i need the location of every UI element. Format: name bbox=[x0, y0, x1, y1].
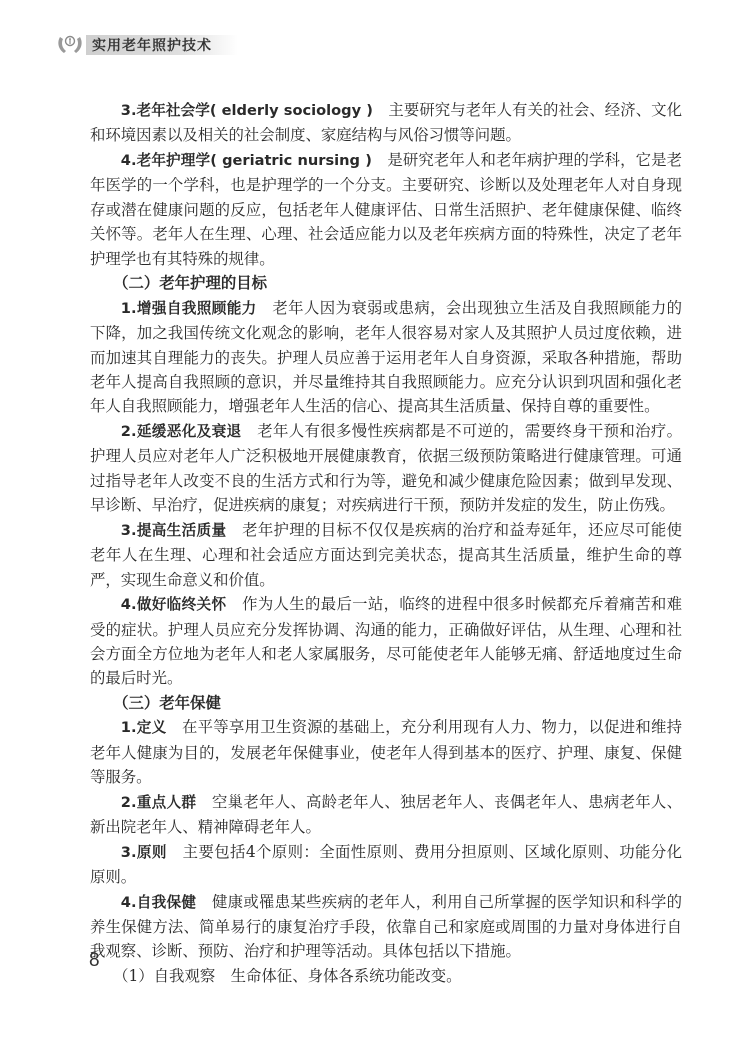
running-header: 实用老年照护技术 bbox=[56, 33, 238, 57]
page-number: 8 bbox=[89, 950, 100, 972]
item-lead: 1.定义 bbox=[121, 719, 167, 736]
item-lead: 3.老年社会学( elderly sociology ) bbox=[121, 102, 373, 119]
paragraph-self-observation: （1）自我观察生命体征、身体各系统功能改变。 bbox=[90, 964, 682, 988]
paragraph-goal-3: 3.提高生活质量老年护理的目标不仅仅是疾病的治疗和益寿延年，还应尽可能使老年人在… bbox=[90, 518, 682, 592]
paragraph-geriatric-nursing: 4.老年护理学( geriatric nursing )是研究老年人和老年病护理… bbox=[90, 148, 682, 271]
item-lead: 2.重点人群 bbox=[121, 794, 197, 811]
item-lead: 4.老年护理学( geriatric nursing ) bbox=[121, 152, 372, 169]
page-body: 3.老年社会学( elderly sociology )主要研究与老年人有关的社… bbox=[90, 98, 682, 988]
item-lead: 3.提高生活质量 bbox=[121, 522, 227, 539]
item-lead: 3.原则 bbox=[121, 844, 167, 861]
paragraph-elderly-sociology: 3.老年社会学( elderly sociology )主要研究与老年人有关的社… bbox=[90, 98, 682, 148]
header-band: 实用老年照护技术 bbox=[86, 35, 238, 55]
caring-hands-icon bbox=[56, 33, 84, 57]
item-text: 在平等享用卫生资源的基础上，充分利用现有人力、物力，以促进和维持老年人健康为目的… bbox=[90, 718, 682, 786]
subitem-text: 生命体征、身体各系统功能改变。 bbox=[231, 967, 462, 985]
paragraph-goal-2: 2.延缓恶化及衰退老年人有很多慢性疾病都是不可逆的，需要终身干预和治疗。护理人员… bbox=[90, 419, 682, 518]
item-lead: 4.做好临终关怀 bbox=[121, 596, 227, 613]
paragraph-key-groups: 2.重点人群空巢老年人、高龄老年人、独居老年人、丧偶老年人、患病老年人、新出院老… bbox=[90, 790, 682, 840]
item-lead: 4.自我保健 bbox=[121, 894, 197, 911]
section-heading-health-care: （三）老年保健 bbox=[90, 691, 682, 715]
paragraph-goal-4: 4.做好临终关怀作为人生的最后一站，临终的进程中很多时候都充斥着痛苦和难受的症状… bbox=[90, 592, 682, 691]
book-title: 实用老年照护技术 bbox=[92, 35, 212, 55]
item-lead: 1.增强自我照顾能力 bbox=[121, 300, 257, 317]
paragraph-principles: 3.原则主要包括4个原则：全面性原则、费用分担原则、区域化原则、功能分化原则。 bbox=[90, 840, 682, 890]
section-heading-goals: （二）老年护理的目标 bbox=[90, 271, 682, 295]
item-lead: 2.延缓恶化及衰退 bbox=[121, 423, 242, 440]
paragraph-goal-1: 1.增强自我照顾能力老年人因为衰弱或患病，会出现独立生活及自我照顾能力的下降，加… bbox=[90, 296, 682, 419]
item-text: 主要包括4个原则：全面性原则、费用分担原则、区域化原则、功能分化原则。 bbox=[90, 843, 682, 886]
paragraph-definition: 1.定义在平等享用卫生资源的基础上，充分利用现有人力、物力，以促进和维持老年人健… bbox=[90, 715, 682, 789]
subitem-lead: （1）自我观察 bbox=[113, 967, 215, 985]
paragraph-self-care: 4.自我保健健康或罹患某些疾病的老年人，利用自己所掌握的医学知识和科学的养生保健… bbox=[90, 890, 682, 964]
